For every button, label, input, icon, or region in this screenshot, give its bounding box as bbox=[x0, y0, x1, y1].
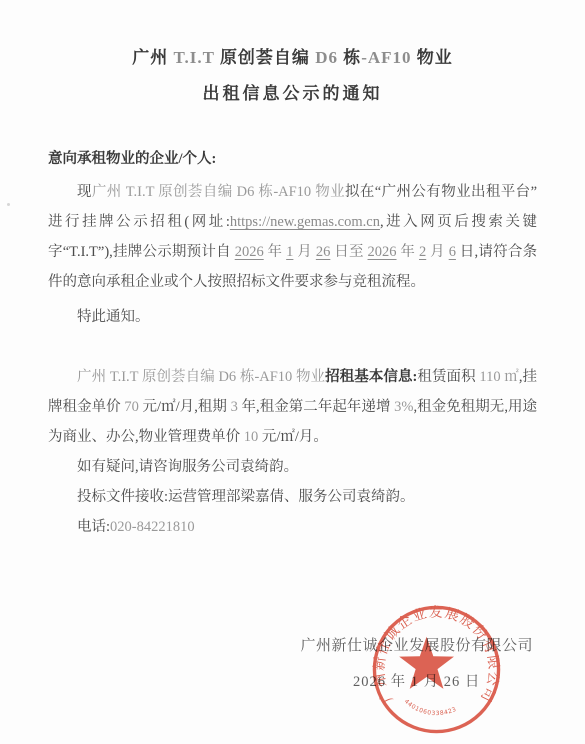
notice-line: 特此通知。 bbox=[48, 302, 537, 332]
paragraph-rental-info: 广州 T.I.T 原创荟自编 D6 栋-AF10 物业招租基本信息:租赁面积 1… bbox=[48, 362, 537, 452]
salutation: 意向承租物业的企业/个人: bbox=[48, 144, 537, 174]
body-text: 日至 bbox=[330, 244, 367, 260]
title-text: T.I.T bbox=[173, 48, 214, 67]
info-heading: 招租基本信息: bbox=[325, 369, 417, 385]
date-number: 26 bbox=[316, 244, 331, 260]
body-text: 月 bbox=[293, 244, 315, 260]
document-title-line2: 出租信息公示的通知 bbox=[48, 82, 537, 106]
date-number: 2026 bbox=[368, 244, 397, 260]
date-number: 2026 bbox=[235, 244, 264, 260]
increase-value: 3% bbox=[394, 399, 413, 415]
phone-number: 020-84221810 bbox=[110, 519, 195, 535]
company-seal-stamp: 广州新仕诚企业发展股份有限公司 4401060338423 bbox=[367, 600, 506, 739]
paragraph-announcement: 现广州 T.I.T 原创荟自编 D6 栋-AF10 物业拟在“广州公有物业出租平… bbox=[48, 177, 537, 297]
rent-value: 70 bbox=[124, 399, 139, 415]
scan-speck bbox=[7, 203, 10, 206]
title-text: 栋 bbox=[338, 48, 361, 67]
body-text: 元/㎡/月。 bbox=[258, 429, 328, 445]
phone-label: 电话: bbox=[77, 519, 110, 535]
body-text: 租赁面积 bbox=[417, 369, 479, 385]
property-name: 广州 T.I.T 原创荟自编 D6 栋-AF10 物业 bbox=[77, 369, 325, 385]
body-text: 月 bbox=[426, 244, 448, 260]
body-text: 年 bbox=[264, 244, 286, 260]
title-text: 原创荟自编 bbox=[215, 48, 316, 67]
phone-line: 电话:020-84221810 bbox=[48, 512, 537, 542]
term-value: 3 bbox=[231, 399, 238, 415]
date-number: 6 bbox=[449, 244, 456, 260]
seal-ring-text: 广州新仕诚企业发展股份有限公司 bbox=[371, 605, 501, 706]
area-value: 110 ㎡ bbox=[479, 369, 518, 385]
body-text: 年,租金第二年起年递增 bbox=[238, 399, 394, 415]
title-text: D6 bbox=[315, 48, 338, 67]
title-text: 物业 bbox=[412, 48, 453, 67]
body-text: 年 bbox=[397, 244, 419, 260]
platform-url-link[interactable]: https://new.gemas.com.cn bbox=[230, 214, 380, 230]
body-text: 元/㎡/月,租期 bbox=[139, 399, 231, 415]
document-title-line1: 广州 T.I.T 原创荟自编 D6 栋-AF10 物业 bbox=[48, 46, 537, 70]
property-name: 广州 T.I.T 原创荟自编 D6 栋-AF10 物业 bbox=[92, 184, 345, 200]
seal-number: 4401060338423 bbox=[403, 698, 458, 717]
body-text: 现 bbox=[77, 184, 92, 200]
document-page: 广州 T.I.T 原创荟自编 D6 栋-AF10 物业 出租信息公示的通知 意向… bbox=[0, 0, 585, 744]
contact-line-receive: 投标文件接收:运营管理部梁嘉倩、服务公司袁绮韵。 bbox=[48, 482, 537, 512]
title-text: 广州 bbox=[132, 48, 173, 67]
seal-star-icon bbox=[399, 637, 454, 689]
title-text: -AF10 bbox=[361, 48, 411, 67]
fee-value: 10 bbox=[244, 429, 259, 445]
contact-line-inquiry: 如有疑问,请咨询服务公司袁绮韵。 bbox=[48, 452, 537, 482]
